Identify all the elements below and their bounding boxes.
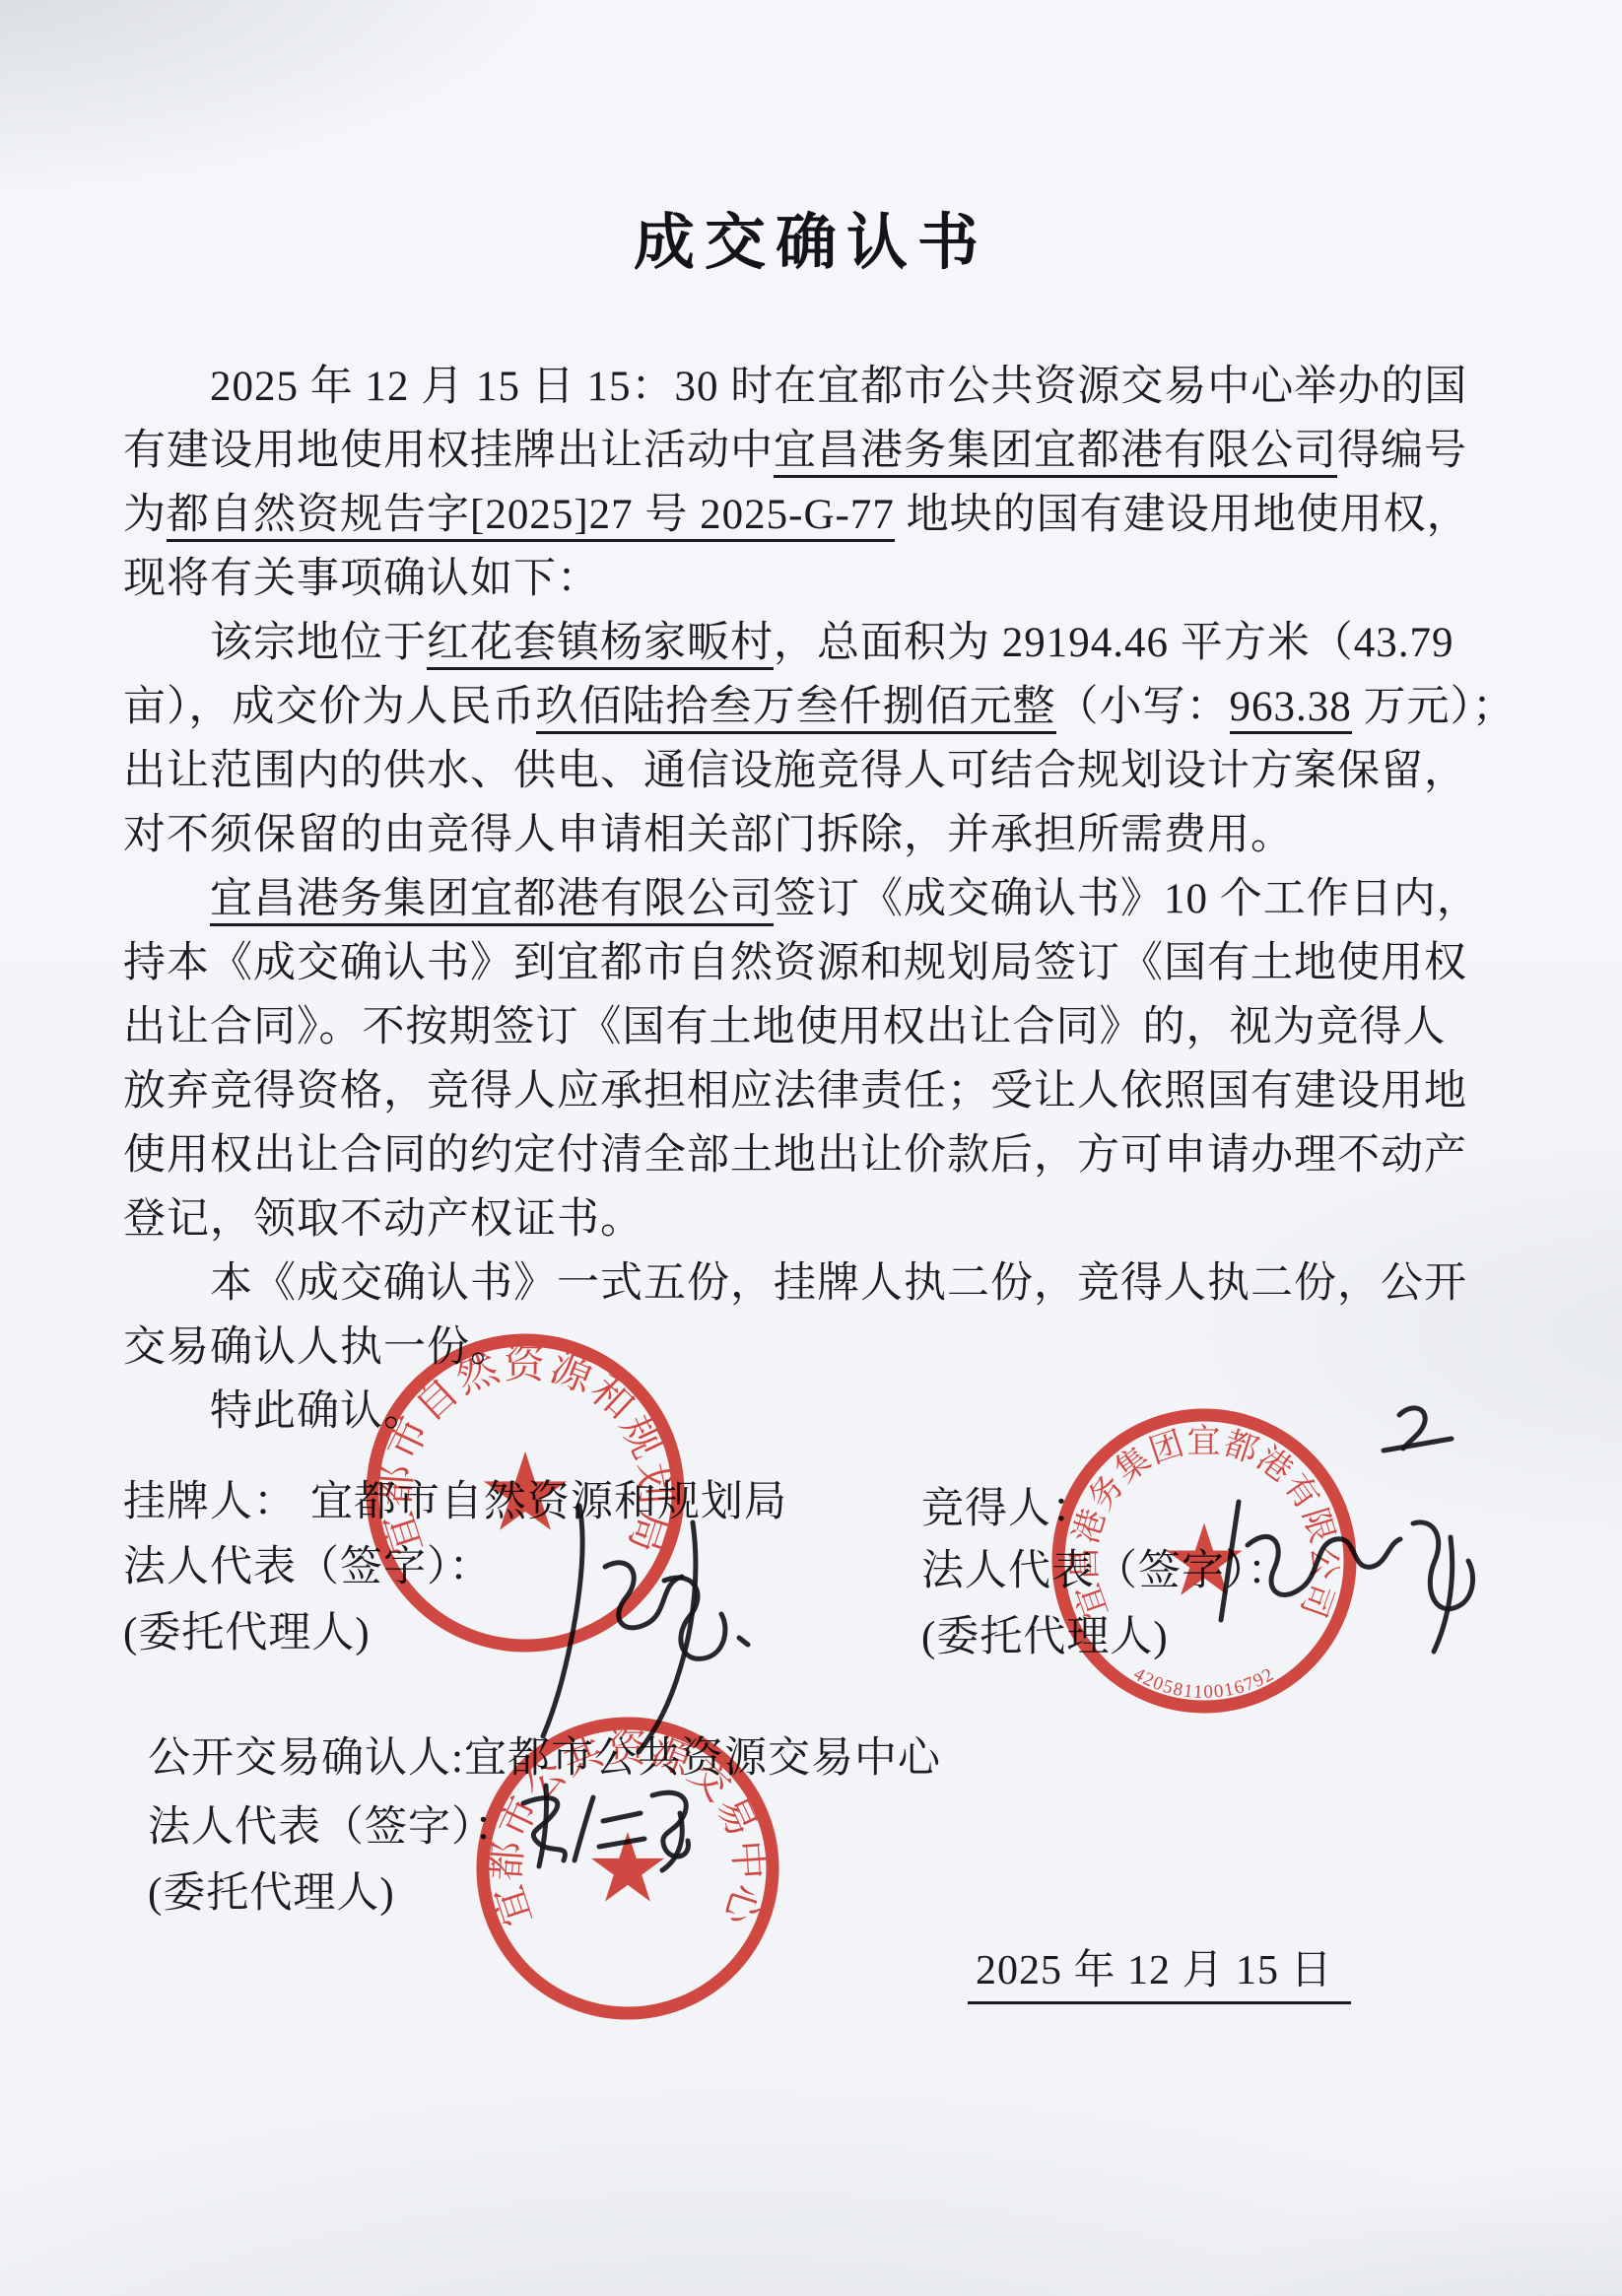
winner-row: 竞得人： (921, 1482, 1095, 1537)
lister-row: 挂牌人：宜都市自然资源和规划局 (123, 1475, 787, 1530)
lister-agent-row: (委托代理人) (123, 1606, 371, 1661)
confirmer-rep-row: 法人代表（签字）： (148, 1800, 517, 1856)
body-line: 登记，领取不动产权证书。 (123, 1187, 1522, 1251)
winner-rep-label: 法人代表（签字）： (921, 1548, 1291, 1594)
body-line: 该宗地位于红花套镇杨家畈村，总面积为 29194.46 平方米（43.79 (123, 611, 1522, 675)
confirmer-rep-label: 法人代表（签字）： (148, 1804, 517, 1851)
body-line: 2025 年 12 月 15 日 15：30 时在宜都市公共资源交易中心举办的国 (123, 355, 1522, 419)
document-body: 2025 年 12 月 15 日 15：30 时在宜都市公共资源交易中心举办的国… (123, 355, 1522, 1444)
lister-name: 宜都市自然资源和规划局 (310, 1479, 787, 1525)
winner-rep-row: 法人代表（签字）： (921, 1544, 1291, 1599)
lister-rep-signature (543, 1506, 748, 1752)
body-line: 交易确认人执一份。 (123, 1316, 1522, 1380)
confirmer-row: 公开交易确认人:宜都市公共资源交易中心 (148, 1731, 941, 1787)
lister-agent-label: (委托代理人) (123, 1610, 371, 1656)
body-line: 有建设用地使用权挂牌出让活动中宜昌港务集团宜都港有限公司得编号 (123, 419, 1522, 483)
body-line: 持本《成交确认书》到宜都市自然资源和规划局签订《国有土地使用权 (123, 931, 1522, 995)
confirmer-label: 公开交易确认人: (148, 1735, 464, 1782)
winner-agent-label: (委托代理人) (921, 1614, 1169, 1660)
date-row: 2025 年 12 月 15 日 (968, 1943, 1351, 1998)
confirmer-agent-row: (委托代理人) (148, 1866, 395, 1922)
winner-label: 竞得人： (921, 1486, 1095, 1532)
winner-rep-signature (1221, 1408, 1473, 1652)
seal-star-icon (591, 1832, 664, 1902)
lister-rep-label: 法人代表（签字）： (123, 1544, 493, 1590)
winner-agent-row: (委托代理人) (921, 1610, 1169, 1665)
body-line: 亩），成交价为人民币玖佰陆拾叁万叁仟捌佰元整（小写：963.38 万元）； (123, 675, 1522, 739)
confirmer-agent-label: (委托代理人) (148, 1870, 395, 1917)
svg-text:42058110016792: 42058110016792 (1130, 1663, 1279, 1703)
body-line: 为都自然资规告字[2025]27 号 2025-G-77 地块的国有建设用地使用… (123, 483, 1522, 547)
body-line: 特此确认。 (123, 1380, 1522, 1444)
document-title: 成交确认书 (0, 193, 1622, 281)
body-line: 出让合同》。不按期签订《国有土地使用权出让合同》的，视为竞得人 (123, 995, 1522, 1059)
body-line: 使用权出让合同的约定付清全部土地出让价款后，方可申请办理不动产 (123, 1123, 1522, 1187)
confirmer-rep-signature (523, 1786, 688, 1870)
body-line: 对不须保留的由竞得人申请相关部门拆除，并承担所需费用。 (123, 803, 1522, 867)
body-line: 出让范围内的供水、供电、通信设施竞得人可结合规划设计方案保留， (123, 739, 1522, 803)
date-text: 2025 年 12 月 15 日 (968, 1948, 1351, 2004)
body-line: 放弃竞得资格，竞得人应承担相应法律责任；受让人依照国有建设用地 (123, 1059, 1522, 1123)
lister-label: 挂牌人： (123, 1479, 297, 1525)
confirmer-name: 宜都市公共资源交易中心 (464, 1735, 941, 1782)
body-line: 宜昌港务集团宜都港有限公司签订《成交确认书》10 个工作日内， (123, 867, 1522, 931)
body-line: 本《成交确认书》一式五份，挂牌人执二份，竞得人执二份，公开 (123, 1251, 1522, 1316)
lister-rep-row: 法人代表（签字）： (123, 1540, 493, 1595)
body-line: 现将有关事项确认如下： (123, 547, 1522, 611)
